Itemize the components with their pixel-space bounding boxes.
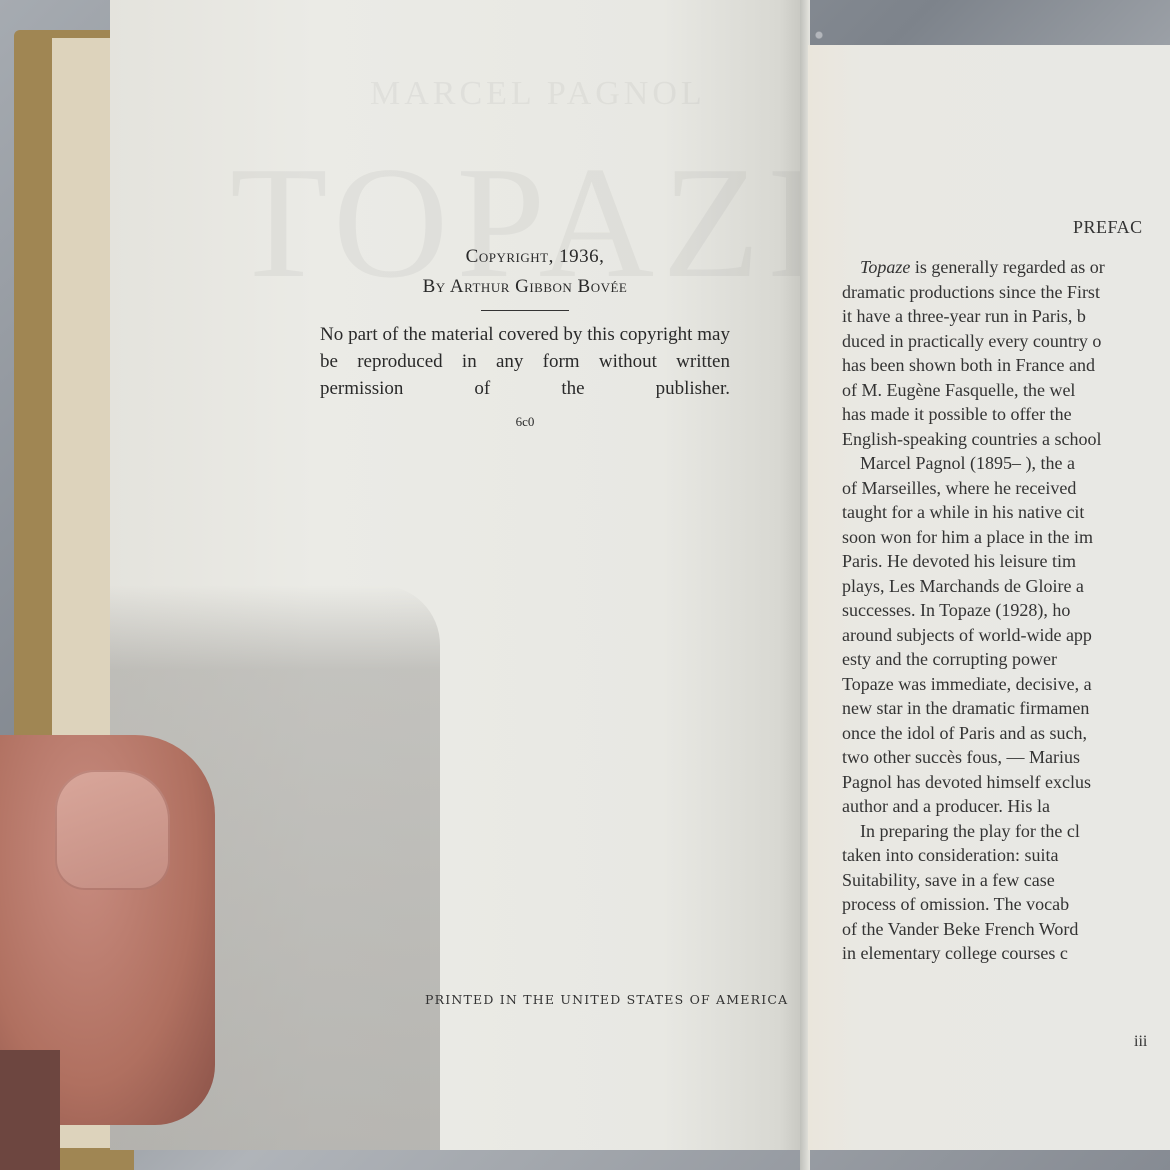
printing-code: 6c0 [320,414,730,430]
preface-line: new star in the dramatic firmamen [842,696,1170,721]
preface-line: English-speaking countries a school [842,427,1170,452]
preface-line: taught for a while in his native cit [842,500,1170,525]
preface-line: has been shown both in France and [842,353,1170,378]
preface-line: process of omission. The vocab [842,892,1170,917]
preface-line: plays, Les Marchands de Gloire a [842,574,1170,599]
preface-line: Topaze was immediate, decisive, a [842,672,1170,697]
preface-line: Paris. He devoted his leisure tim [842,549,1170,574]
preface-line: Pagnol has devoted himself exclus [842,770,1170,795]
preface-line: it have a three-year run in Paris, b [842,304,1170,329]
preface-line: In preparing the play for the cl [842,819,1170,844]
preface-line: has made it possible to offer the [842,402,1170,427]
copyright-year: Copyright, 1936, [340,246,730,268]
divider-rule [481,310,569,311]
copyright-block: Copyright, 1936, By Arthur Gibbon Bovée … [320,246,730,430]
preface-line: Suitability, save in a few case [842,868,1170,893]
preface-line: esty and the corrupting power [842,647,1170,672]
copyright-holder: By Arthur Gibbon Bovée [320,276,730,298]
reproduction-notice: No part of the material covered by this … [320,321,730,402]
page-number: iii [1134,1033,1147,1051]
preface-line: of Marseilles, where he received [842,476,1170,501]
thumbnail [55,770,170,890]
preface-line: dramatic productions since the First [842,280,1170,305]
preface-line: taken into consideration: suita [842,843,1170,868]
preface-line: in elementary college courses c [842,941,1170,966]
printed-in-line: PRINTED IN THE UNITED STATES OF AMERICA [425,992,788,1007]
hand [0,1050,60,1170]
preface-page: PREFAC Topaze is generally regarded as o… [808,45,1170,1150]
preface-text: Topaze is generally regarded as ordramat… [842,255,1170,966]
preface-line: duced in practically every country o [842,329,1170,354]
preface-line: author and a producer. His la [842,794,1170,819]
preface-line: once the idol of Paris and as such, [842,721,1170,746]
preface-line: Marcel Pagnol (1895– ), the a [842,451,1170,476]
preface-heading: PREFAC [1073,217,1143,238]
preface-line: Topaze is generally regarded as or [842,255,1170,280]
preface-line: two other succès fous, — Marius [842,745,1170,770]
preface-line: successes. In Topaze (1928), ho [842,598,1170,623]
preface-line: soon won for him a place in the im [842,525,1170,550]
preface-line: of the Vander Beke French Word [842,917,1170,942]
show-through-author: MARCEL PAGNOL [370,75,706,113]
preface-line: of M. Eugène Fasquelle, the wel [842,378,1170,403]
preface-line: around subjects of world-wide app [842,623,1170,648]
